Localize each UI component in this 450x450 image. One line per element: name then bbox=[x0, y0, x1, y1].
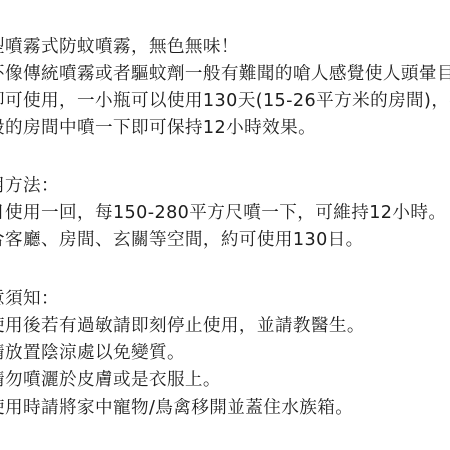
description-line: 型噴霧式防蚊噴霧，無色無味！ bbox=[0, 37, 239, 57]
product-description-page: 型噴霧式防蚊噴霧，無色無味！ 不像傳統噴霧或者驅蚊劑一般有難聞的嗆人感覺使人頭暈… bbox=[0, 0, 450, 450]
notes-line: 使用時請將家中寵物/鳥禽移開並蓋住水族箱。 bbox=[0, 398, 353, 418]
notes-line: 請放置陰涼處以免變質。 bbox=[0, 343, 185, 363]
usage-heading: 用方法： bbox=[0, 176, 59, 196]
usage-line: 日使用一回，每150-280平方尺噴一下，可維持12小時。 bbox=[0, 203, 446, 223]
notes-line: 使用後若有過敏請即刻停止使用，並請教醫生。 bbox=[0, 316, 365, 336]
notes-heading: 意須知： bbox=[0, 289, 59, 309]
notes-line: 請勿噴灑於皮膚或是衣服上。 bbox=[0, 370, 221, 390]
description-line: 不像傳統噴霧或者驅蚊劑一般有難聞的嗆人感覺使人頭暈目眩， bbox=[0, 64, 450, 84]
description-line: 般的房間中噴一下即可保持12小時效果。 bbox=[0, 118, 316, 138]
usage-line: 合客廳、房間、玄關等空間，約可使用130日。 bbox=[0, 230, 364, 250]
description-line: 即可使用，一小瓶可以使用130天(15-26平方米的房間)，在一般 bbox=[0, 91, 450, 111]
